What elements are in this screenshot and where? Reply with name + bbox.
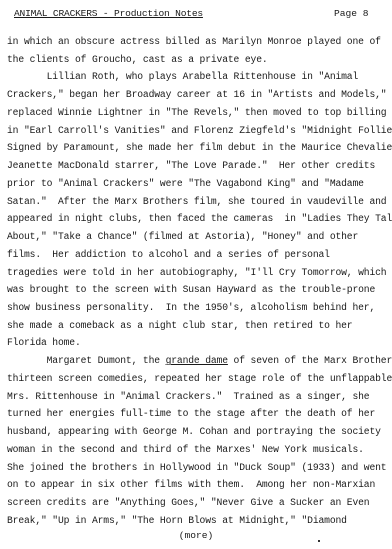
text-line: was brought to the screen with Susan Hay… — [7, 281, 387, 299]
document-page: ANIMAL CRACKERS - Production Notes Page … — [0, 0, 392, 549]
text-line: Break," "Up in Arms," "The Horn Blows at… — [7, 512, 387, 530]
underlined-phrase: grande dame — [166, 355, 228, 366]
text-line: husband, appearing with George M. Cohan … — [7, 423, 387, 441]
text-line: Crackers," began her Broadway career at … — [7, 86, 387, 104]
text-line: on to appear in six other films with the… — [7, 476, 387, 494]
document-body: in which an obscure actress billed as Ma… — [7, 33, 387, 530]
text-line: Satan." After the Marx Brothers film, sh… — [7, 193, 387, 211]
text-line: woman in the second and third of the Mar… — [7, 441, 387, 459]
text-segment: of seven of the Marx Brothers' — [228, 355, 392, 366]
text-line: turned her energies full-time to the sta… — [7, 405, 387, 423]
text-line: She joined the brothers in Hollywood in … — [7, 459, 387, 477]
text-line: tragedies were told in her autobiography… — [7, 264, 387, 282]
text-line: About," "Take a Chance" (filmed at Astor… — [7, 228, 387, 246]
text-line: she made a comeback as a night club star… — [7, 317, 387, 335]
text-line: in "Earl Carroll's Vanities" and Florenz… — [7, 122, 387, 140]
text-line: Florida home. — [7, 334, 387, 352]
text-line: appeared in night clubs, then faced the … — [7, 210, 387, 228]
text-line: prior to "Animal Crackers" were "The Vag… — [7, 175, 387, 193]
text-line: Signed by Paramount, she made her film d… — [7, 139, 387, 157]
text-segment: Margaret Dumont, the — [7, 355, 166, 366]
text-line: Mrs. Rittenhouse in "Animal Crackers." T… — [7, 388, 387, 406]
text-line-underlined: Margaret Dumont, the grande dame of seve… — [7, 352, 387, 370]
page-number: Page 8 — [334, 8, 369, 19]
text-line: replaced Winnie Lightner in "The Revels,… — [7, 104, 387, 122]
text-line: screen credits are "Anything Goes," "Nev… — [7, 494, 387, 512]
text-line: Lillian Roth, who plays Arabella Rittenh… — [7, 68, 387, 86]
text-line: in which an obscure actress billed as Ma… — [7, 33, 387, 51]
text-line: films. Her addiction to alcohol and a se… — [7, 246, 387, 264]
text-line: the clients of Groucho, cast as a privat… — [7, 51, 387, 69]
text-line: Jeanette MacDonald starrer, "The Love Pa… — [7, 157, 387, 175]
scan-speck — [318, 540, 320, 542]
continuation-marker: (more) — [0, 530, 392, 541]
text-line: thirteen screen comedies, repeated her s… — [7, 370, 387, 388]
text-line: show business personality. In the 1950's… — [7, 299, 387, 317]
document-header-title: ANIMAL CRACKERS - Production Notes — [14, 8, 203, 19]
